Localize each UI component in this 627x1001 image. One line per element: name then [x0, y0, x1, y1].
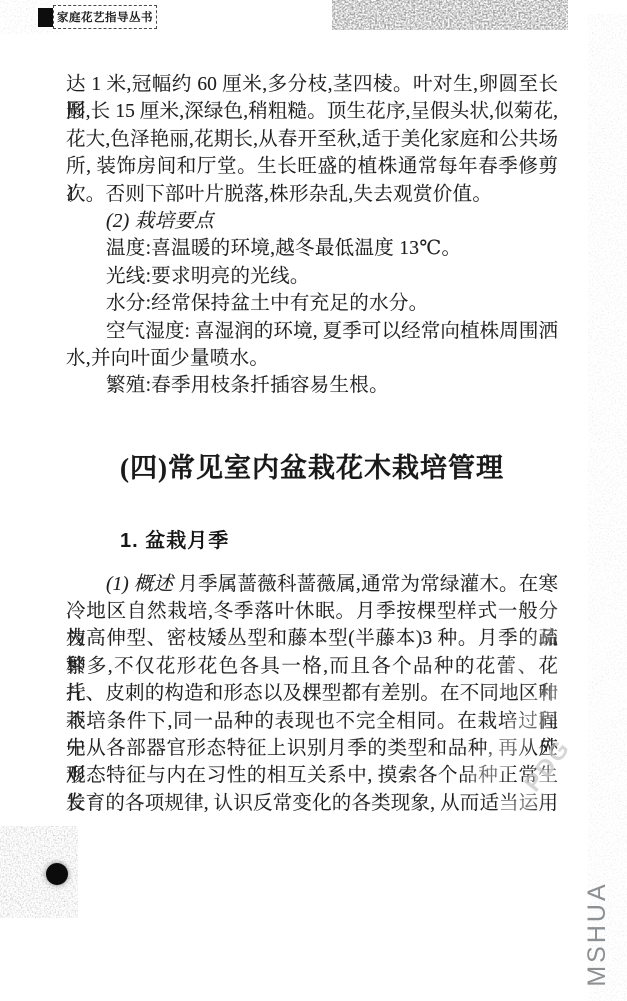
- care-item-humidity: 空气湿度: 喜湿润的环境, 夏季可以经常向植株周围洒: [66, 318, 558, 345]
- text-line: 形态特征与内在习性的相互关系中, 摸索各个品种正常生长: [66, 762, 558, 789]
- text-line: 枝高伸型、密枝矮丛型和藤本型(半藤本)3 种。月季的品种: [66, 625, 558, 652]
- care-item-water: 水分:经常保持盆土中有充足的水分。: [66, 290, 558, 317]
- overview-paragraph: (1) 概述 月季属蔷薇科蔷薇属,通常为常绿灌木。在寒 冷地区自然栽培,冬季落叶…: [66, 571, 558, 818]
- text-line: 次。否则下部叶片脱落,株形杂乱,失去观赏价值。: [66, 181, 558, 208]
- scanned-book-page: 家庭花艺指导丛书 达 1 米,冠幅约 60 厘米,多分枝,茎四棱。叶对生,卵圆至…: [0, 0, 627, 1001]
- text-line: 发育的各项规律, 认识反常变化的各类现象, 从而适当运用: [66, 790, 558, 817]
- care-item-propagation: 繁殖:春季用枝条扦插容易生根。: [66, 372, 558, 399]
- body-text-column: 达 1 米,冠幅约 60 厘米,多分枝,茎四棱。叶对生,卵圆至长圆 形,长 15…: [66, 0, 558, 817]
- care-points-heading-label: (2) 栽培要点: [106, 211, 214, 232]
- text-line: 片、皮刺的构造和形态以及棵型都有差别。在不同地区和不同: [66, 680, 558, 707]
- text-line: 形,长 15 厘米,深绿色,稍粗糙。顶生花序,呈假头状,似菊花,: [66, 98, 558, 125]
- page-dot-mark: [46, 863, 68, 885]
- vertical-watermark: MSHUA: [584, 879, 610, 989]
- care-points-heading: (2) 栽培要点: [66, 208, 558, 235]
- subsection-title: 1. 盆栽月季: [66, 528, 558, 554]
- text-line: 先从各部器官形态特征上识别月季的类型和品种, 再从外观: [66, 735, 558, 762]
- section-title: (四)常见室内盆栽花木栽培管理: [66, 450, 558, 486]
- overview-line: 月季属蔷薇科蔷薇属,通常为常绿灌木。在寒: [173, 574, 558, 595]
- text-line: 所, 装饰房间和厅堂。生长旺盛的植株通常每年春季修剪 1: [66, 153, 558, 180]
- text-line: 栽培条件下,同一品种的表现也不完全相同。在栽培过程中应: [66, 708, 558, 735]
- care-item-humidity-cont: 水,并向叶面少量喷水。: [66, 345, 558, 372]
- text-line: (1) 概述 月季属蔷薇科蔷薇属,通常为常绿灌木。在寒: [66, 571, 558, 598]
- scan-noise-right-band: [588, 14, 627, 1001]
- text-line: 达 1 米,冠幅约 60 厘米,多分枝,茎四棱。叶对生,卵圆至长圆: [66, 71, 558, 98]
- care-item-light: 光线:要求明亮的光线。: [66, 263, 558, 290]
- text-line: 冷地区自然栽培,冬季落叶休眠。月季按棵型样式一般分为疏: [66, 598, 558, 625]
- text-line: 花大,色泽艳丽,花期长,从春开至秋,适于美化家庭和公共场: [66, 126, 558, 153]
- care-item-temperature: 温度:喜温暖的环境,越冬最低温度 13℃。: [66, 235, 558, 262]
- text-line: 繁多,不仅花形花色各具一格,而且各个品种的花蕾、花托、叶: [66, 653, 558, 680]
- overview-label: (1) 概述: [106, 574, 173, 595]
